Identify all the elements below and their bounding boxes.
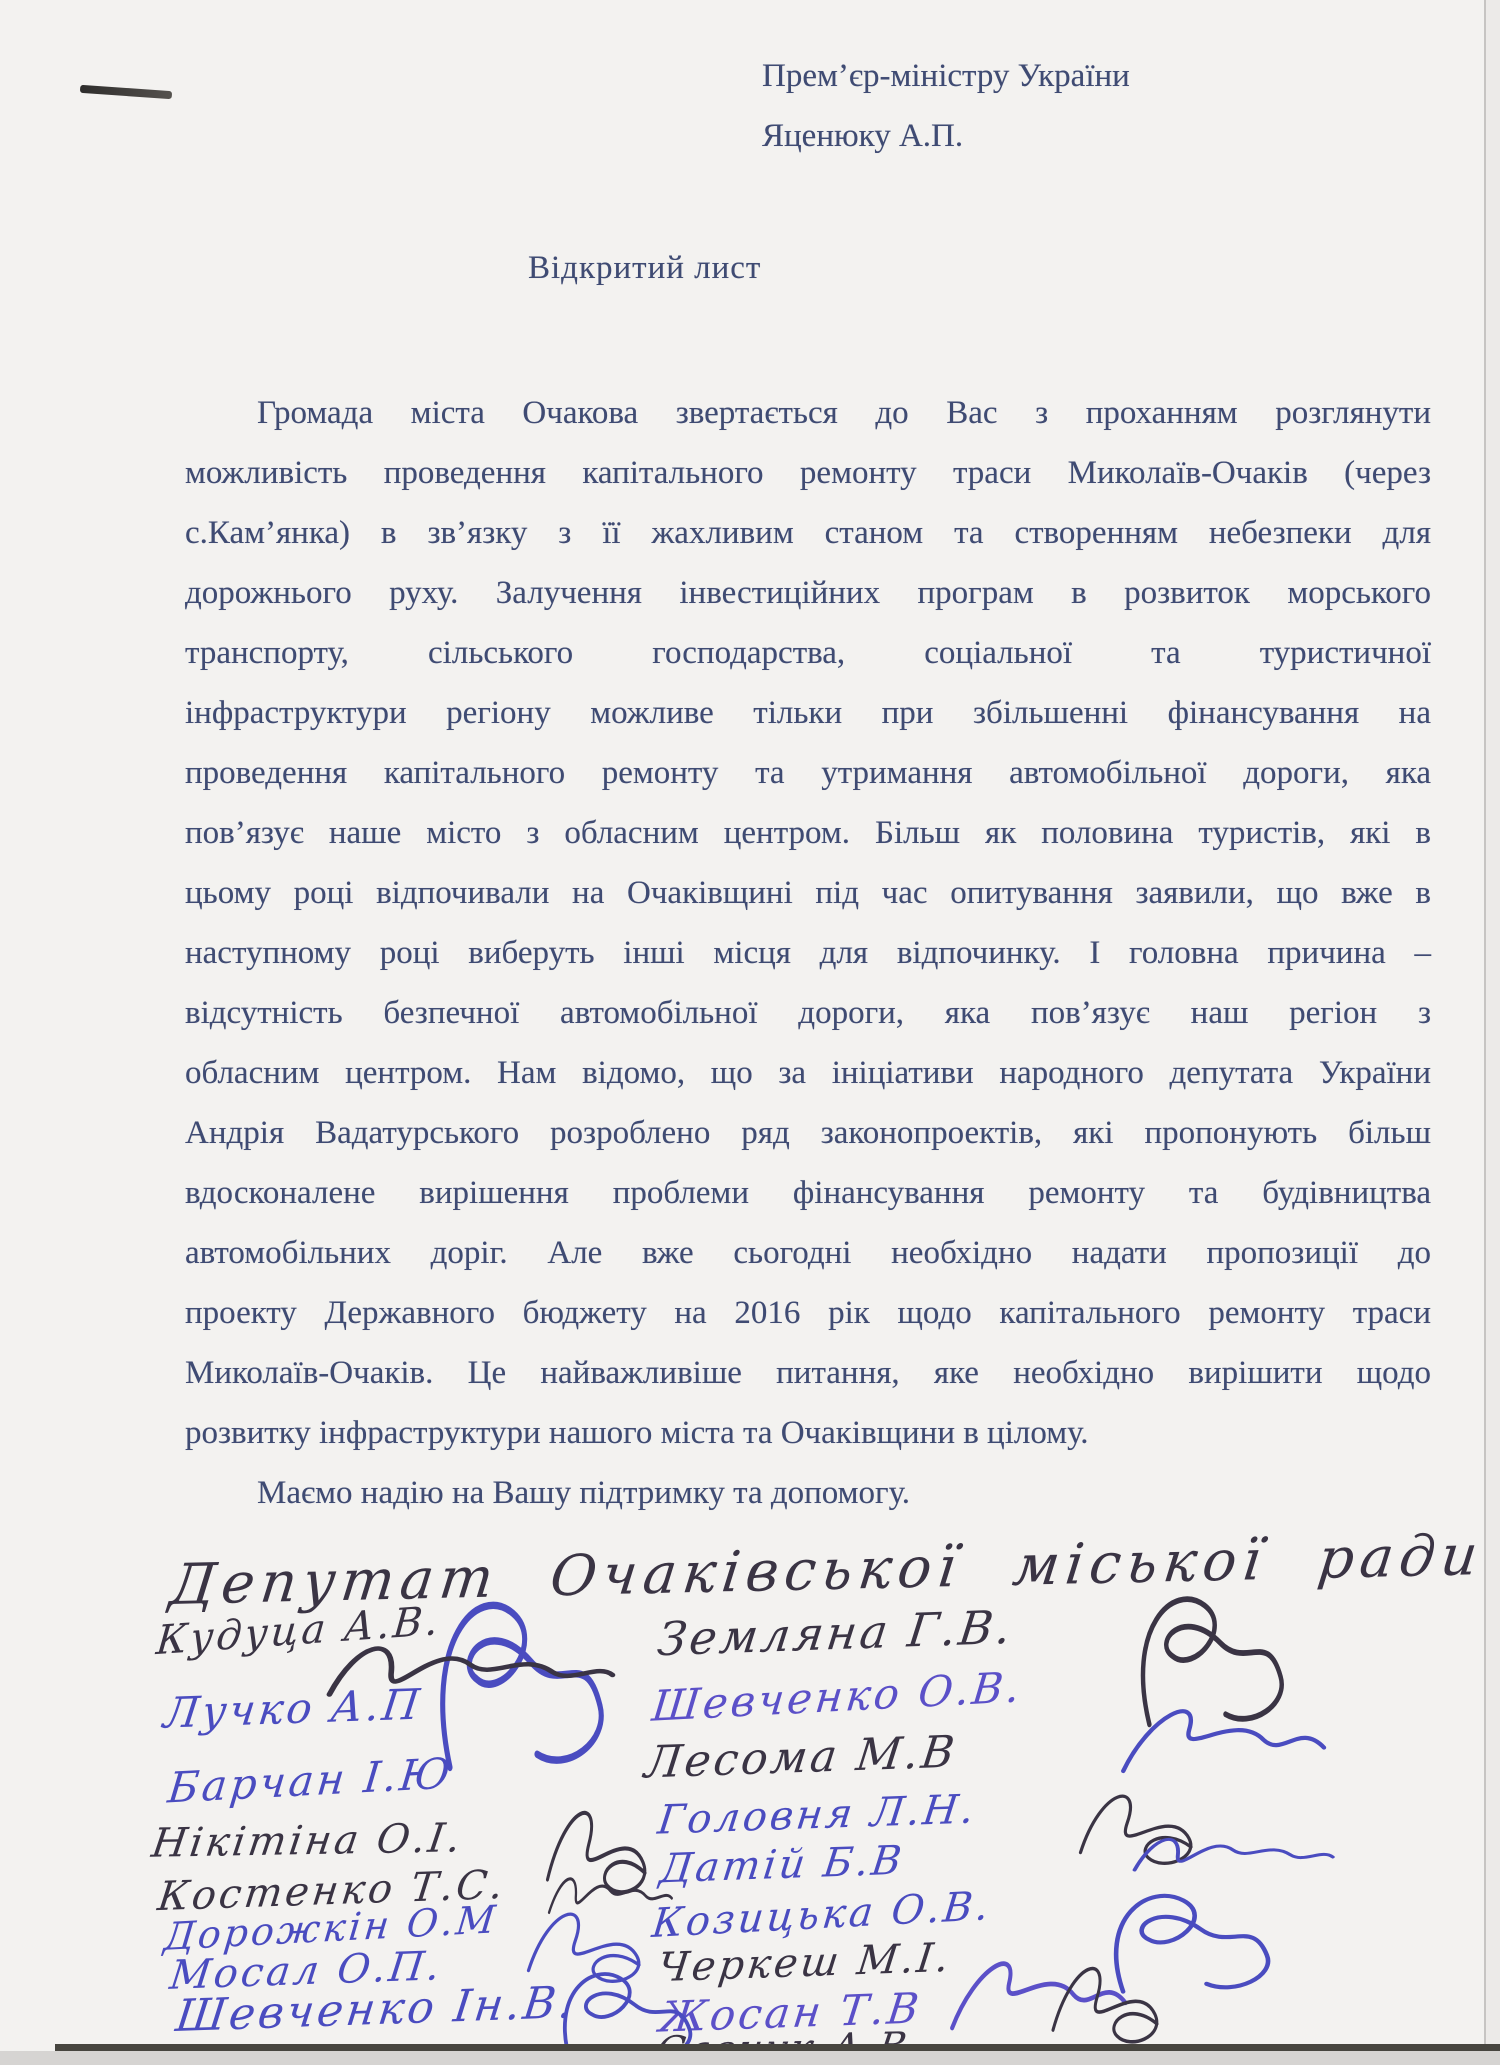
body-line: можливість проведення капітального ремон…: [185, 443, 1431, 503]
body-line: обласним центром. Нам відомо, що за ініц…: [185, 1043, 1431, 1103]
body-line: Миколаїв-Очаків. Це найважливіше питання…: [185, 1343, 1431, 1403]
signature-name: Шевченко О.В.: [650, 1662, 1025, 1731]
body-line: с.Кам’янка) в зв’язку з її жахливим стан…: [185, 503, 1431, 563]
letter-title: Відкритий лист: [528, 250, 761, 287]
scan-margin-bottom: [0, 2051, 1500, 2065]
addressee-line-2: Яценюку А.П.: [762, 118, 963, 155]
body-line: інфраструктури регіону можливе тільки пр…: [185, 683, 1431, 743]
body-line: транспорту, сільського господарства, соц…: [185, 623, 1431, 683]
body-line: вдосконалене вирішення проблеми фінансув…: [185, 1163, 1431, 1223]
signature-name: Головня Л.Н.: [655, 1786, 979, 1843]
body-line: наступному році виберуть інші місця для …: [185, 923, 1431, 983]
body-line: автомобільних доріг. Але вже сьогодні не…: [185, 1223, 1431, 1283]
letter-body: Громада міста Очакова звертається до Вас…: [185, 383, 1431, 1523]
signature-scribble: [320, 1612, 620, 1762]
signature-name: Нікітіна О.І.: [149, 1815, 466, 1867]
addressee-line-1: Прем’єр-міністру України: [762, 58, 1130, 95]
scan-margin-right: [1486, 0, 1500, 2065]
body-line: Андрія Вадатурського розроблено ряд зако…: [185, 1103, 1431, 1163]
body-line: цьому році відпочивали на Очаківщині під…: [185, 863, 1431, 923]
signature-scribble: [1045, 1940, 1205, 2060]
body-line: дорожнього руху. Залучення інвестиційних…: [185, 563, 1431, 623]
staple-mark: [80, 85, 172, 99]
paper-edge-bottom: [55, 2044, 1500, 2051]
body-line: пов’язує наше місто з обласним центром. …: [185, 803, 1431, 863]
signature-name: Лесома М.В: [642, 1726, 960, 1788]
body-line: проведення капітального ремонту та утрим…: [185, 743, 1431, 803]
body-line: Громада міста Очакова звертається до Вас…: [185, 383, 1431, 443]
body-line: відсутність безпечної автомобільної доро…: [185, 983, 1431, 1043]
body-line: Маємо надію на Вашу підтримку та допомог…: [185, 1463, 1431, 1523]
signature-name: Земляна Г.В.: [655, 1600, 1017, 1667]
signature-name: Датій Б.В: [657, 1838, 907, 1893]
scanned-letter-page: Прем’єр-міністру України Яценюку А.П. Ві…: [0, 0, 1500, 2065]
body-line: проекту Державного бюджету на 2016 рік щ…: [185, 1283, 1431, 1343]
body-line: розвитку інфраструктури нашого міста та …: [185, 1403, 1431, 1463]
